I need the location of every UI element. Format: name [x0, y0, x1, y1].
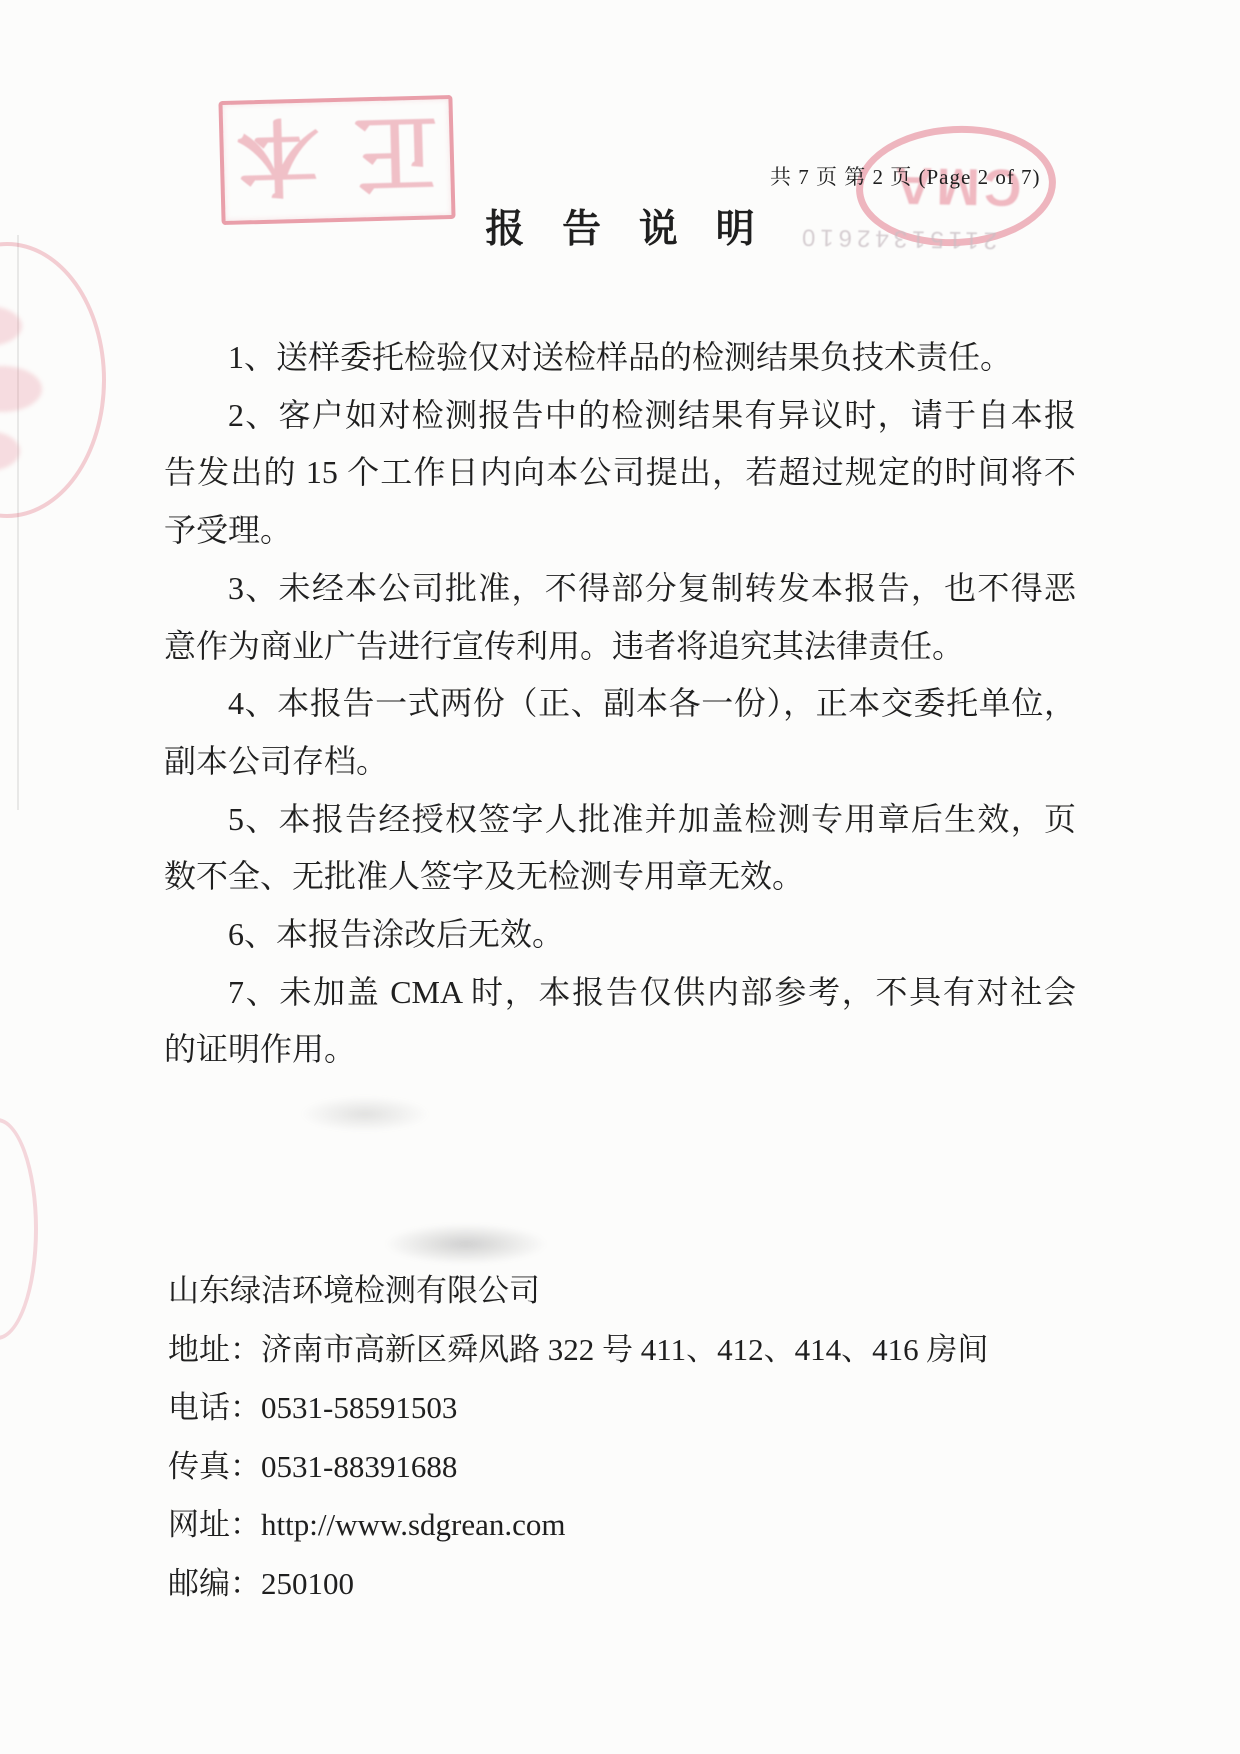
report-notes-page: 正本 CMA 21151342610 共 7 页 第 2 页 (Page 2 o…: [0, 0, 1240, 1754]
note-5-line-2: 数不全、无批准人签字及无检测专用章无效。: [164, 848, 1076, 906]
note-4-line-1: 4、本报告一式两份（正、副本各一份），正本交委托单位，: [164, 675, 1076, 733]
note-7-line-2: 的证明作用。: [164, 1021, 1076, 1079]
page-title: 报 告 说 明: [0, 198, 1240, 254]
report-notes-body: 1、送样委托检验仅对送检样品的检测结果负技术责任。 2、客户如对检测报告中的检测…: [164, 329, 1076, 1079]
note-3-line-2: 意作为商业广告进行宣传利用。违者将追究其法律责任。: [164, 618, 1076, 676]
company-phone: 电话：0531-58591503: [168, 1379, 1118, 1438]
note-3-line-1: 3、未经本公司批准，不得部分复制转发本报告，也不得恶: [164, 560, 1076, 618]
pencil-smudge: [300, 1096, 430, 1132]
note-2-line-3: 予受理。: [164, 502, 1076, 560]
note-4-line-2: 副本公司存档。: [164, 733, 1076, 791]
company-info-block: 山东绿洁环境检测有限公司 地址：济南市高新区舜风路 322 号 411、412、…: [168, 1262, 1118, 1613]
company-seal-partial: [0, 242, 106, 518]
company-website: 网址：http://www.sdgrean.com: [168, 1496, 1118, 1555]
note-7-line-1: 7、未加盖 CMA 时，本报告仅供内部参考，不具有对社会: [164, 964, 1076, 1022]
company-fax: 传真：0531-88391688: [168, 1438, 1118, 1497]
note-1-line-1: 1、送样委托检验仅对送检样品的检测结果负技术责任。: [164, 329, 1076, 387]
note-2-line-1: 2、客户如对检测报告中的检测结果有异议时，请于自本报: [164, 387, 1076, 445]
company-address: 地址：济南市高新区舜风路 322 号 411、412、414、416 房间: [168, 1321, 1118, 1380]
company-seal-fragment: [0, 1118, 38, 1340]
pencil-smudge: [386, 1224, 546, 1264]
note-5-line-1: 5、本报告经授权签字人批准并加盖检测专用章后生效，页: [164, 791, 1076, 849]
page-number-indicator: 共 7 页 第 2 页 (Page 2 of 7): [770, 161, 1041, 191]
note-6-line-1: 6、本报告涂改后无效。: [164, 906, 1076, 964]
company-name: 山东绿洁环境检测有限公司: [168, 1262, 1118, 1321]
note-2-line-2: 告发出的 15 个工作日内向本公司提出，若超过规定的时间将不: [164, 444, 1076, 502]
company-postal-code: 邮编：250100: [168, 1555, 1118, 1614]
